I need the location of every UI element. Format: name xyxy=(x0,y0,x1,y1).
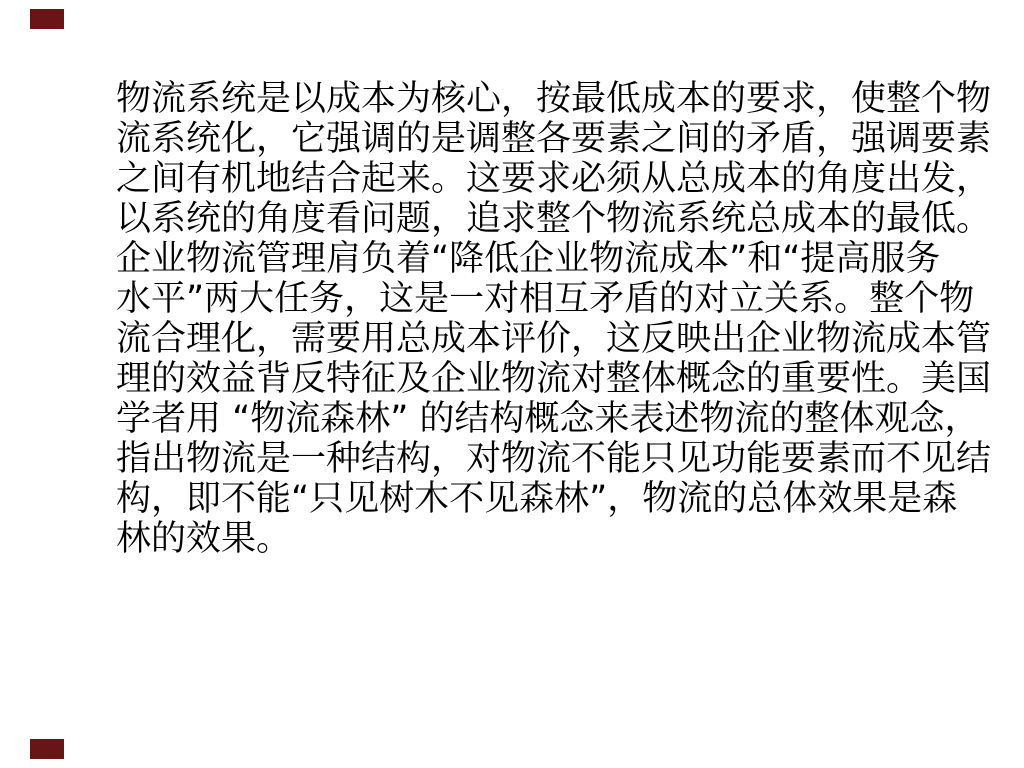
text-line: 以系统的角度看问题，追求整个物流系统总成本的最低。 xyxy=(116,199,996,239)
text-line: 林的效果。 xyxy=(116,519,996,559)
text-line: 企业物流管理肩负着“降低企业物流成本”和“提高服务 xyxy=(116,239,996,279)
text-line: 水平”两大任务，这是一对相互矛盾的对立关系。整个物 xyxy=(116,279,996,319)
text-line: 构，即不能“只见树木不见森林”，物流的总体效果是森 xyxy=(116,479,996,519)
corner-mark-top-left xyxy=(30,9,64,29)
text-line: 指出物流是一种结构，对物流不能只见功能要素而不见结 xyxy=(116,439,996,479)
text-line: 之间有机地结合起来。这要求必须从总成本的角度出发， xyxy=(116,159,996,199)
text-line: 流系统化，它强调的是调整各要素之间的矛盾，强调要素 xyxy=(116,119,996,159)
slide-body-text: 物流系统是以成本为核心，按最低成本的要求，使整个物 流系统化，它强调的是调整各要… xyxy=(116,79,996,559)
corner-mark-bottom-left xyxy=(30,739,64,759)
text-line: 流合理化，需要用总成本评价，这反映出企业物流成本管 xyxy=(116,319,996,359)
text-line: 学者用 “物流森林” 的结构概念来表述物流的整体观念， xyxy=(116,399,996,439)
text-line: 理的效益背反特征及企业物流对整体概念的重要性。美国 xyxy=(116,359,996,399)
text-line: 物流系统是以成本为核心，按最低成本的要求，使整个物 xyxy=(116,79,996,119)
